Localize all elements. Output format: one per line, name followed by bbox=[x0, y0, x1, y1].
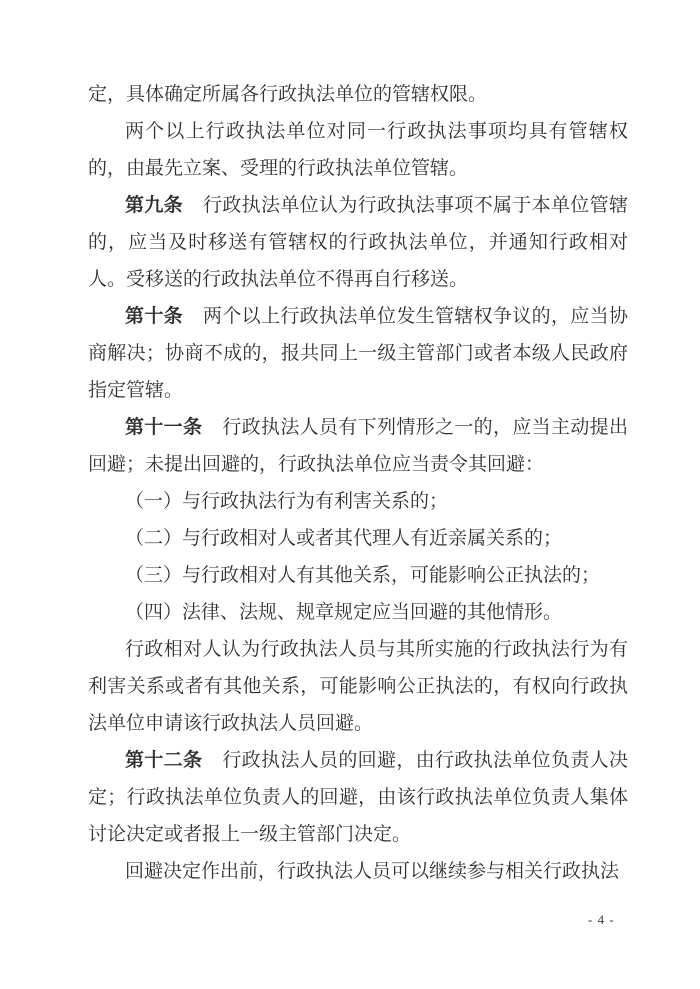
page-number: - 4 - bbox=[588, 912, 628, 928]
article-number: 第十一条 bbox=[125, 416, 202, 438]
paragraph: 回避决定作出前，行政执法人员可以继续参与相关行政执法 bbox=[88, 853, 628, 890]
paragraph: （一）与行政执法行为有利害关系的； bbox=[88, 483, 628, 520]
paragraph: （二）与行政相对人或者其代理人有近亲属关系的； bbox=[88, 520, 628, 557]
paragraph: 第十条两个以上行政执法单位发生管辖权争议的，应当协商解决；协商不成的，报共同上一… bbox=[88, 298, 628, 409]
text-run: （一）与行政执法行为有利害关系的； bbox=[125, 490, 448, 512]
paragraph: 第九条行政执法单位认为行政执法事项不属于本单位管辖的，应当及时移送有管辖权的行政… bbox=[88, 187, 628, 298]
paragraph: 行政相对人认为行政执法人员与其所实施的行政执法行为有利害关系或者有其他关系，可能… bbox=[88, 631, 628, 742]
article-number: 第十二条 bbox=[125, 749, 202, 771]
paragraph: （四）法律、法规、规章规定应当回避的其他情形。 bbox=[88, 594, 628, 631]
text-run: （四）法律、法规、规章规定应当回避的其他情形。 bbox=[125, 601, 562, 623]
document-body: 定，具体确定所属各行政执法单位的管辖权限。两个以上行政执法单位对同一行政执法事项… bbox=[88, 76, 628, 890]
paragraph: 两个以上行政执法单位对同一行政执法事项均具有管辖权的，由最先立案、受理的行政执法… bbox=[88, 113, 628, 187]
document-page: 定，具体确定所属各行政执法单位的管辖权限。两个以上行政执法单位对同一行政执法事项… bbox=[0, 0, 700, 989]
paragraph: 第十一条行政执法人员有下列情形之一的，应当主动提出回避；未提出回避的，行政执法单… bbox=[88, 409, 628, 483]
text-run: 行政相对人认为行政执法人员与其所实施的行政执法行为有利害关系或者有其他关系，可能… bbox=[88, 638, 628, 734]
text-run: （二）与行政相对人或者其代理人有近亲属关系的； bbox=[125, 527, 562, 549]
article-number: 第九条 bbox=[125, 194, 183, 216]
text-run: （三）与行政相对人有其他关系，可能影响公正执法的； bbox=[125, 564, 600, 586]
paragraph: 第十二条行政执法人员的回避，由行政执法单位负责人决定；行政执法单位负责人的回避，… bbox=[88, 742, 628, 853]
paragraph: 定，具体确定所属各行政执法单位的管辖权限。 bbox=[88, 76, 628, 113]
text-run: 定，具体确定所属各行政执法单位的管辖权限。 bbox=[88, 83, 487, 105]
text-run: 回避决定作出前，行政执法人员可以继续参与相关行政执法 bbox=[125, 860, 619, 882]
article-number: 第十条 bbox=[125, 305, 183, 327]
paragraph: （三）与行政相对人有其他关系，可能影响公正执法的； bbox=[88, 557, 628, 594]
text-run: 两个以上行政执法单位对同一行政执法事项均具有管辖权的，由最先立案、受理的行政执法… bbox=[88, 120, 628, 179]
